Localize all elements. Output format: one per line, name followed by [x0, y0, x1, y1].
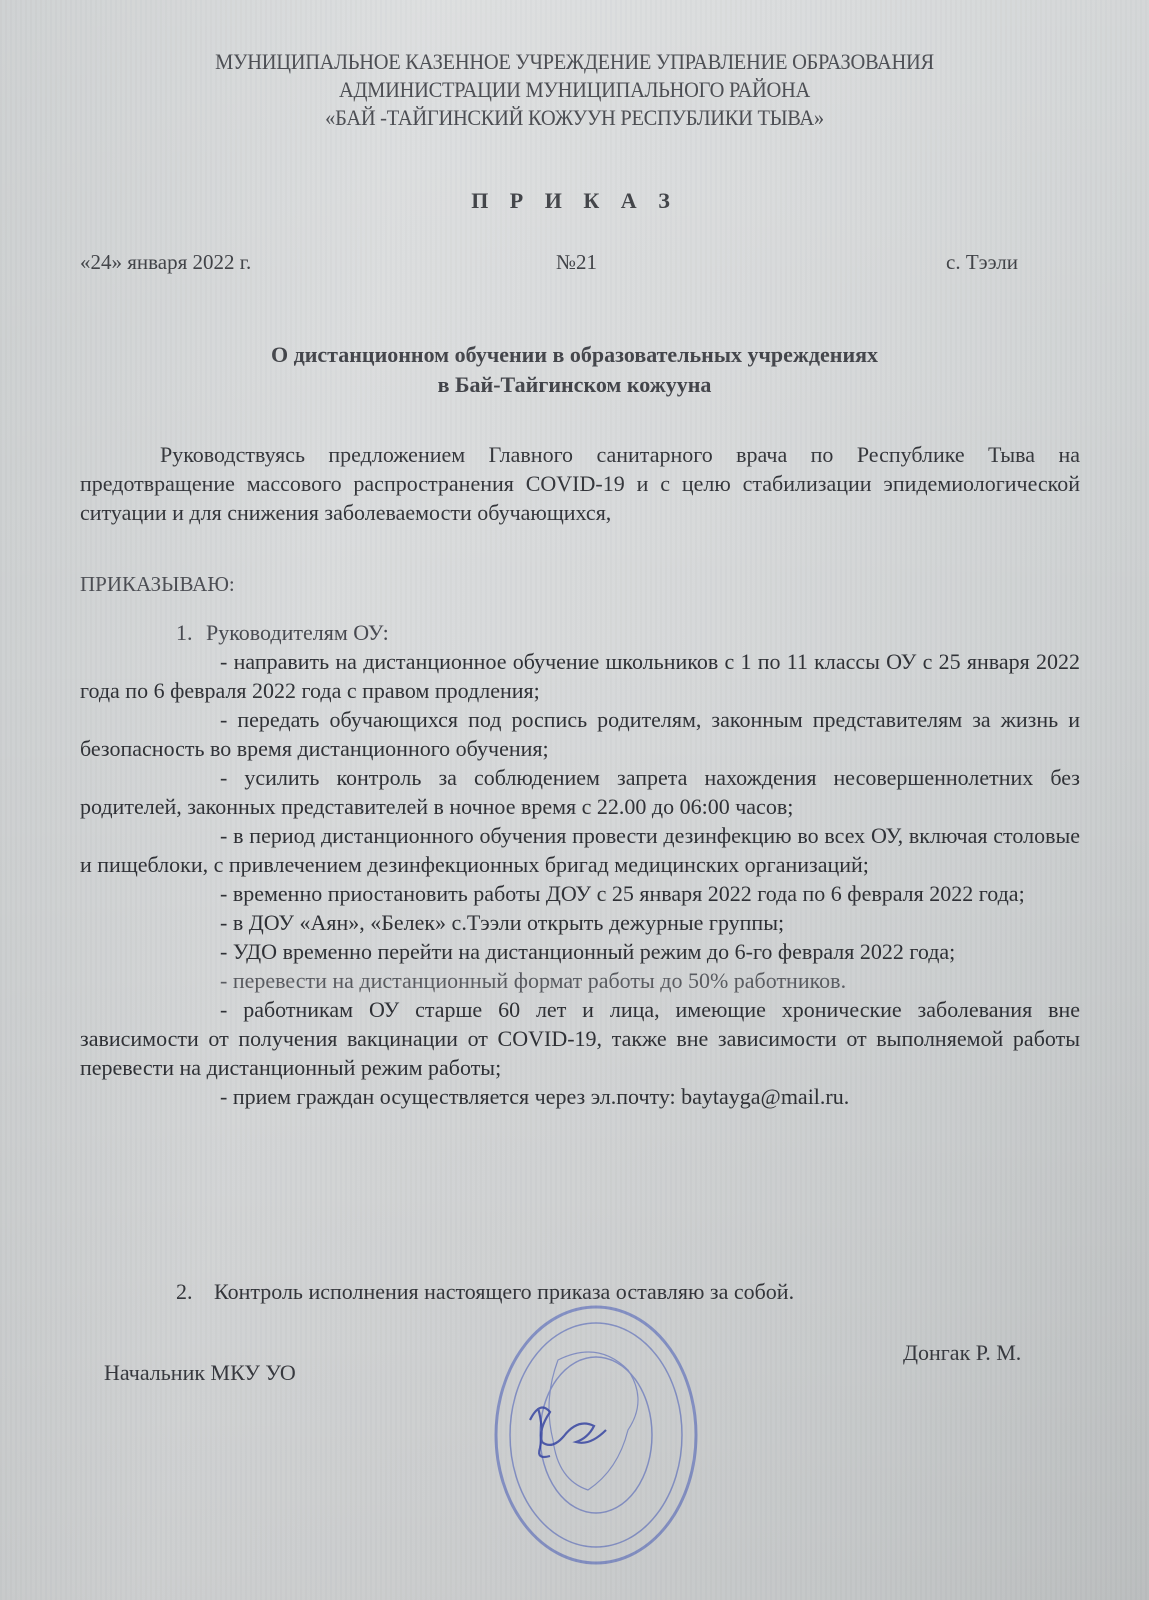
subitem-udo-remote: - УДО временно перейти на дистанционный … [80, 937, 1080, 966]
subitem-citizen-reception: - прием граждан осуществляется через эл.… [80, 1082, 1080, 1111]
scanned-document-page: МУНИЦИПАЛЬНОЕ КАЗЕННОЕ УЧРЕЖДЕНИЕ УПРАВЛ… [0, 0, 1149, 1600]
order-keyword: ПРИКАЗЫВАЮ: [80, 572, 235, 597]
item-heading-text: Руководителям ОУ: [206, 620, 389, 645]
official-stamp-icon [478, 1300, 708, 1570]
document-title: П Р И К А З [0, 188, 1149, 214]
subitem-remote-learning: - направить на дистанционное обучение шк… [80, 647, 1080, 705]
order-items-list: 1. Руководителям ОУ: - направить на дист… [80, 618, 1080, 1111]
subitem-staff-remote: - перевести на дистанционный формат рабо… [80, 966, 1080, 995]
header-line-1: МУНИЦИПАЛЬНОЕ КАЗЕННОЕ УЧРЕЖДЕНИЕ УПРАВЛ… [40, 48, 1109, 76]
document-header: МУНИЦИПАЛЬНОЕ КАЗЕННОЕ УЧРЕЖДЕНИЕ УПРАВЛ… [0, 48, 1149, 132]
subitem-disinfection: - в период дистанционного обучения прове… [80, 821, 1080, 879]
item-number: 2. [176, 1279, 193, 1304]
subitem-parents-responsibility: - передать обучающихся под роспись родит… [80, 705, 1080, 763]
order-date: «24» января 2022 г. [80, 250, 251, 275]
subject-line-2: в Бай-Тайгинском кожууна [0, 370, 1149, 400]
subitem-suspend-dou: - временно приостановить работы ДОУ с 25… [80, 879, 1080, 908]
order-place: с. Тээли [946, 250, 1018, 275]
header-line-2: АДМИНИСТРАЦИИ МУНИЦИПАЛЬНОГО РАЙОНА [40, 76, 1109, 104]
signatory-position: Начальник МКУ УО [104, 1360, 296, 1386]
subitem-duty-groups: - в ДОУ «Аян», «Белек» с.Тээли открыть д… [80, 908, 1080, 937]
order-item-1-heading: 1. Руководителям ОУ: [80, 618, 1080, 647]
subitem-curfew-control: - усилить контроль за соблюдением запрет… [80, 763, 1080, 821]
subject-line-1: О дистанционном обучении в образовательн… [0, 340, 1149, 370]
header-line-3: «БАЙ -ТАЙГИНСКИЙ КОЖУУН РЕСПУБЛИКИ ТЫВА» [40, 104, 1109, 132]
order-number: №21 [556, 250, 597, 275]
subitem-senior-staff: - работникам ОУ старше 60 лет и лица, им… [80, 995, 1080, 1082]
order-subject: О дистанционном обучении в образовательн… [0, 340, 1149, 400]
signatory-name: Донгак Р. М. [903, 1340, 1021, 1366]
preamble-paragraph: Руководствуясь предложением Главного сан… [80, 440, 1080, 527]
item-number: 1. [176, 618, 193, 647]
